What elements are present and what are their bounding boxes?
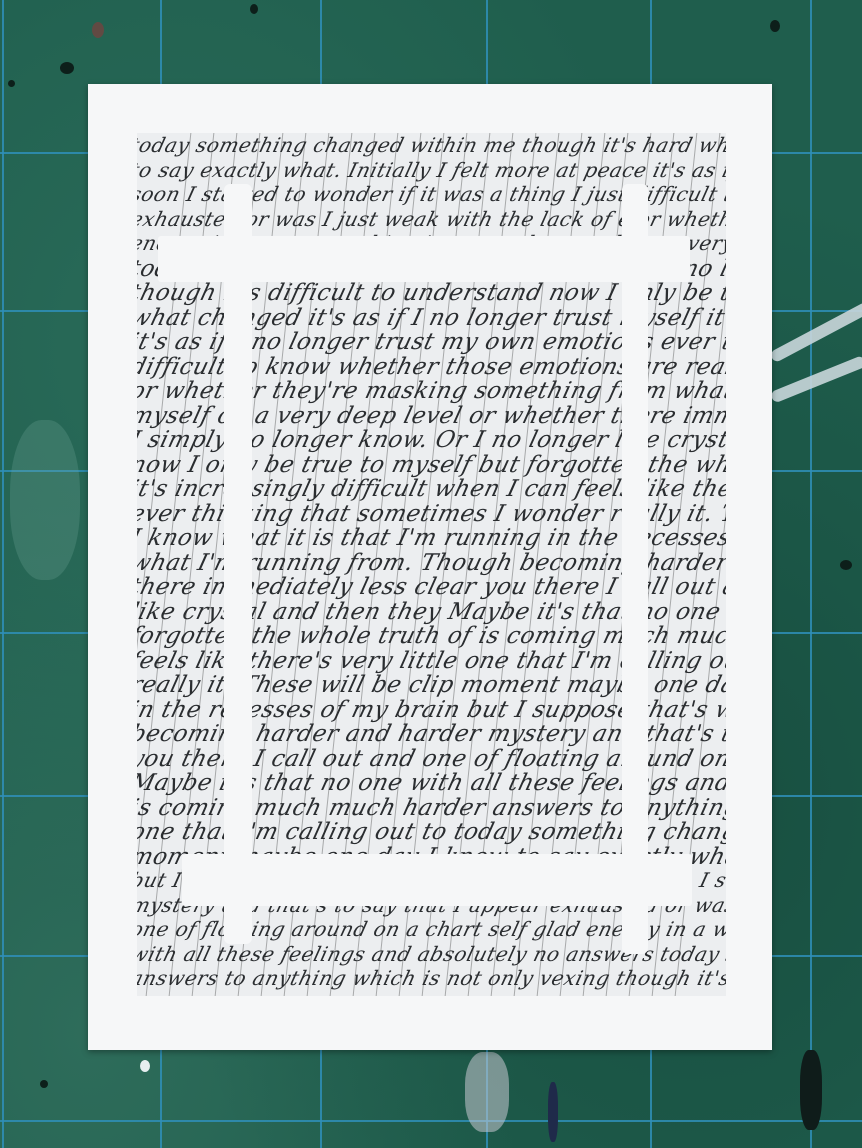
paint-splatter bbox=[60, 62, 74, 74]
frame-right-post bbox=[622, 184, 648, 954]
paint-splatter bbox=[250, 4, 258, 14]
frame-spacer bbox=[248, 964, 428, 1004]
mat-grid-line bbox=[2, 0, 4, 1148]
paint-splatter bbox=[800, 1050, 822, 1130]
paint-splatter bbox=[140, 1060, 150, 1072]
handwriting-line: answers to anything which is not only ve… bbox=[137, 966, 726, 990]
handwriting-line: today something changed within me though… bbox=[137, 133, 726, 157]
paint-smear bbox=[10, 420, 80, 580]
paper-sheet: today something changed within me though… bbox=[88, 84, 772, 1050]
paint-splatter bbox=[92, 22, 104, 38]
paint-streak bbox=[770, 355, 862, 404]
handwriting-line: to say exactly what. Initially I felt mo… bbox=[137, 158, 726, 182]
paint-splatter bbox=[8, 80, 15, 87]
paint-smear bbox=[465, 1052, 509, 1132]
paint-splatter bbox=[770, 20, 780, 32]
paint-splatter bbox=[548, 1082, 558, 1142]
mat-grid-line bbox=[810, 0, 812, 1148]
frame-bottom-bar bbox=[182, 854, 692, 906]
paint-splatter bbox=[40, 1080, 48, 1088]
mat-grid-line bbox=[0, 1120, 862, 1122]
paint-splatter bbox=[840, 560, 852, 570]
frame-left-post bbox=[224, 184, 252, 944]
